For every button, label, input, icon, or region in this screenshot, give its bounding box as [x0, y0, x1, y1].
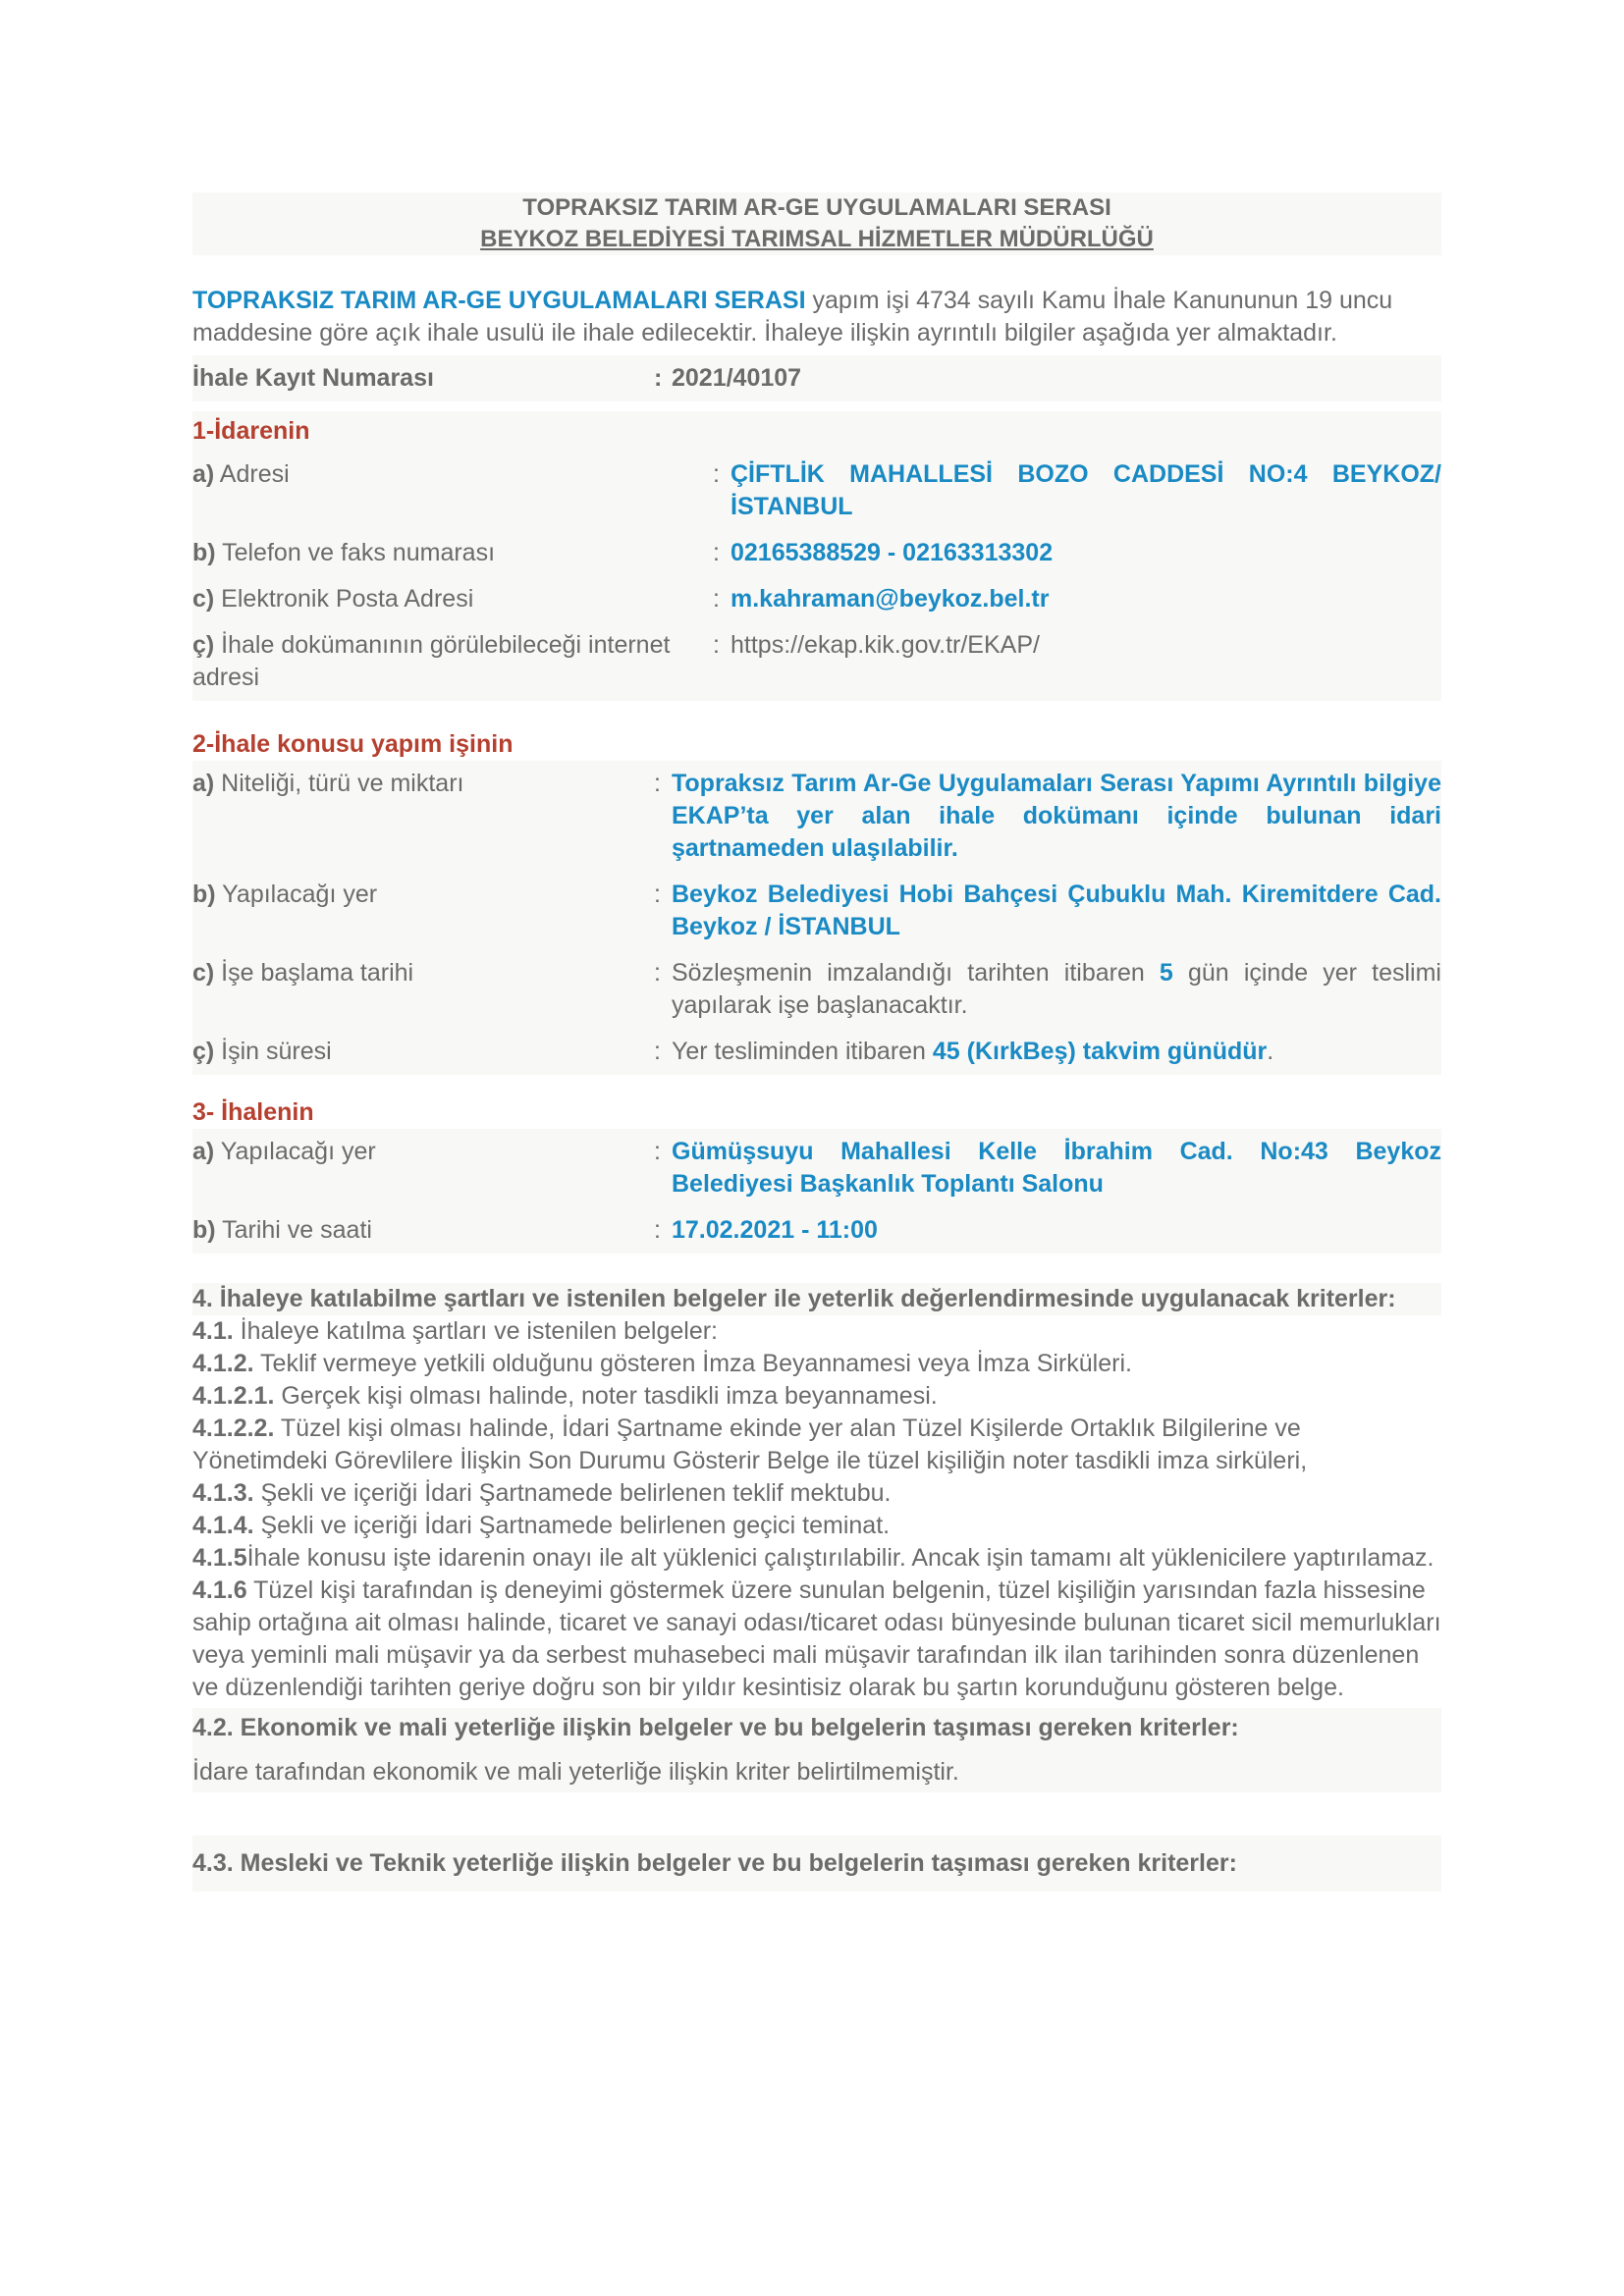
row-letter: a): [192, 770, 214, 797]
phone-value: 02165388529 - 02163313302: [731, 537, 1441, 569]
section-2-row-start-date: c) İşe başlama tarihi : Sözleşmenin imza…: [192, 950, 1441, 1029]
criteria-text: Tüzel kişi tarafından iş deneyimi göster…: [192, 1576, 1441, 1701]
section-3-row-datetime: b) Tarihi ve saati : 17.02.2021 - 11:00: [192, 1207, 1441, 1254]
criteria-number: 4.1.5: [192, 1544, 247, 1572]
section-1-row-phone: b) Telefon ve faks numarası : 0216538852…: [192, 530, 1441, 576]
intro-highlight: TOPRAKSIZ TARIM AR-GE UYGULAMALARI SERAS…: [192, 287, 806, 314]
row-label: İşe başlama tarihi: [214, 959, 413, 987]
section-1-row-address: a) Adresi : ÇİFTLİK MAHALLESİ BOZO CADDE…: [192, 452, 1441, 530]
row-label: Tarihi ve saati: [216, 1216, 372, 1244]
tender-datetime-value: 17.02.2021 - 11:00: [672, 1214, 1441, 1247]
row-label: İhale dokümanının görülebileceği interne…: [192, 631, 670, 691]
nature-value: Topraksız Tarım Ar-Ge Uygulamaları Seras…: [672, 768, 1441, 865]
intro-paragraph: TOPRAKSIZ TARIM AR-GE UYGULAMALARI SERAS…: [192, 285, 1441, 349]
row-label: Yapılacağı yer: [216, 881, 377, 908]
registry-value: 2021/40107: [672, 362, 1441, 395]
criteria-number: 4.1.2.2.: [192, 1415, 274, 1442]
section-2-row-location: b) Yapılacağı yer : Beykoz Belediyesi Ho…: [192, 872, 1441, 950]
row-label: Elektronik Posta Adresi: [214, 585, 473, 613]
section-4-heading: 4. İhaleye katılabilme şartları ve isten…: [192, 1283, 1441, 1315]
criteria-text: Tüzel kişi olması halinde, İdari Şartnam…: [192, 1415, 1307, 1474]
email-link[interactable]: m.kahraman@beykoz.bel.tr: [731, 583, 1441, 615]
criteria-item: 4.1.6 Tüzel kişi tarafından iş deneyimi …: [192, 1575, 1441, 1704]
section-2-table: a) Niteliği, türü ve miktarı : Topraksız…: [192, 761, 1441, 1075]
section-1-row-website: ç) İhale dokümanının görülebileceği inte…: [192, 622, 1441, 701]
title-line-1: TOPRAKSIZ TARIM AR-GE UYGULAMALARI SERAS…: [192, 192, 1441, 224]
section-3-heading: 3- İhalenin: [192, 1096, 1441, 1129]
section-2-row-nature: a) Niteliği, türü ve miktarı : Topraksız…: [192, 761, 1441, 872]
criteria-item: 4.1.4. Şekli ve içeriği İdari Şartnamede…: [192, 1510, 1441, 1542]
row-letter: ç): [192, 1038, 214, 1065]
section-4-2: 4.2. Ekonomik ve mali yeterliğe ilişkin …: [192, 1708, 1441, 1792]
section-1-heading: 1-İdarenin: [192, 411, 1441, 452]
row-letter: c): [192, 959, 214, 987]
row-letter: a): [192, 460, 214, 488]
section-4-3: 4.3. Mesleki ve Teknik yeterliğe ilişkin…: [192, 1836, 1441, 1892]
row-letter: b): [192, 881, 216, 908]
criteria-number: 4.1.6: [192, 1576, 247, 1604]
website-link[interactable]: https://ekap.kik.gov.tr/EKAP/: [731, 629, 1441, 694]
registry-number-row: İhale Kayıt Numarası : 2021/40107: [192, 355, 1441, 401]
criteria-text: İhale konusu işte idarenin onayı ile alt…: [247, 1544, 1435, 1572]
row-letter: b): [192, 1216, 216, 1244]
criteria-number: 4.1.4.: [192, 1512, 254, 1539]
criteria-text: Şekli ve içeriği İdari Şartnamede belirl…: [254, 1512, 891, 1539]
criteria-item: 4.1.5İhale konusu işte idarenin onayı il…: [192, 1542, 1441, 1575]
section-2-heading: 2-İhale konusu yapım işinin: [192, 728, 1441, 761]
criteria-item: 4.1. İhaleye katılma şartları ve istenil…: [192, 1315, 1441, 1348]
criteria-text: Teklif vermeye yetkili olduğunu gösteren…: [254, 1350, 1132, 1377]
location-value: Beykoz Belediyesi Hobi Bahçesi Çubuklu M…: [672, 879, 1441, 943]
criteria-number: 4.1.: [192, 1317, 234, 1345]
address-value: ÇİFTLİK MAHALLESİ BOZO CADDESİ NO:4 BEYK…: [731, 458, 1441, 523]
row-label: Niteliği, türü ve miktarı: [214, 770, 463, 797]
criteria-number: 4.1.3.: [192, 1479, 254, 1507]
row-label: İşin süresi: [214, 1038, 331, 1065]
row-label: Adresi: [214, 460, 289, 488]
section-4-2-heading: 4.2. Ekonomik ve mali yeterliğe ilişkin …: [192, 1712, 1441, 1744]
section-3-row-location: a) Yapılacağı yer : Gümüşsuyu Mahallesi …: [192, 1129, 1441, 1207]
criteria-item: 4.1.2.2. Tüzel kişi olması halinde, İdar…: [192, 1413, 1441, 1477]
row-letter: b): [192, 539, 216, 566]
row-label: Yapılacağı yer: [214, 1138, 375, 1165]
row-letter: ç): [192, 631, 214, 659]
section-1-row-email: c) Elektronik Posta Adresi : m.kahraman@…: [192, 576, 1441, 622]
tender-location-value: Gümüşsuyu Mahallesi Kelle İbrahim Cad. N…: [672, 1136, 1441, 1201]
row-label: Telefon ve faks numarası: [216, 539, 495, 566]
section-4-3-heading: 4.3. Mesleki ve Teknik yeterliğe ilişkin…: [192, 1847, 1441, 1880]
document-page: TOPRAKSIZ TARIM AR-GE UYGULAMALARI SERAS…: [192, 192, 1441, 1892]
criteria-text: Gerçek kişi olması halinde, noter tasdik…: [274, 1382, 937, 1410]
title-line-2: BEYKOZ BELEDİYESİ TARIMSAL HİZMETLER MÜD…: [192, 224, 1441, 255]
start-date-value: Sözleşmenin imzalandığı tarihten itibare…: [672, 957, 1441, 1022]
section-3-table: a) Yapılacağı yer : Gümüşsuyu Mahallesi …: [192, 1129, 1441, 1254]
section-1-table: a) Adresi : ÇİFTLİK MAHALLESİ BOZO CADDE…: [192, 452, 1441, 701]
section-2-row-duration: ç) İşin süresi : Yer tesliminden itibare…: [192, 1029, 1441, 1075]
criteria-number: 4.1.2.1.: [192, 1382, 274, 1410]
duration-value: Yer tesliminden itibaren 45 (KırkBeş) ta…: [672, 1036, 1441, 1068]
criteria-item: 4.1.3. Şekli ve içeriği İdari Şartnamede…: [192, 1477, 1441, 1510]
criteria-item: 4.1.2. Teklif vermeye yetkili olduğunu g…: [192, 1348, 1441, 1380]
document-title: TOPRAKSIZ TARIM AR-GE UYGULAMALARI SERAS…: [192, 192, 1441, 255]
criteria-text: İhaleye katılma şartları ve istenilen be…: [234, 1317, 718, 1345]
registry-label: İhale Kayıt Numarası: [192, 362, 654, 395]
row-letter: a): [192, 1138, 214, 1165]
row-letter: c): [192, 585, 214, 613]
criteria-item: 4.1.2.1. Gerçek kişi olması halinde, not…: [192, 1380, 1441, 1413]
section-4-items: 4.1. İhaleye katılma şartları ve istenil…: [192, 1315, 1441, 1704]
criteria-text: Şekli ve içeriği İdari Şartnamede belirl…: [254, 1479, 892, 1507]
criteria-number: 4.1.2.: [192, 1350, 254, 1377]
separator: :: [654, 362, 672, 395]
section-4-2-text: İdare tarafından ekonomik ve mali yeterl…: [192, 1756, 1441, 1789]
